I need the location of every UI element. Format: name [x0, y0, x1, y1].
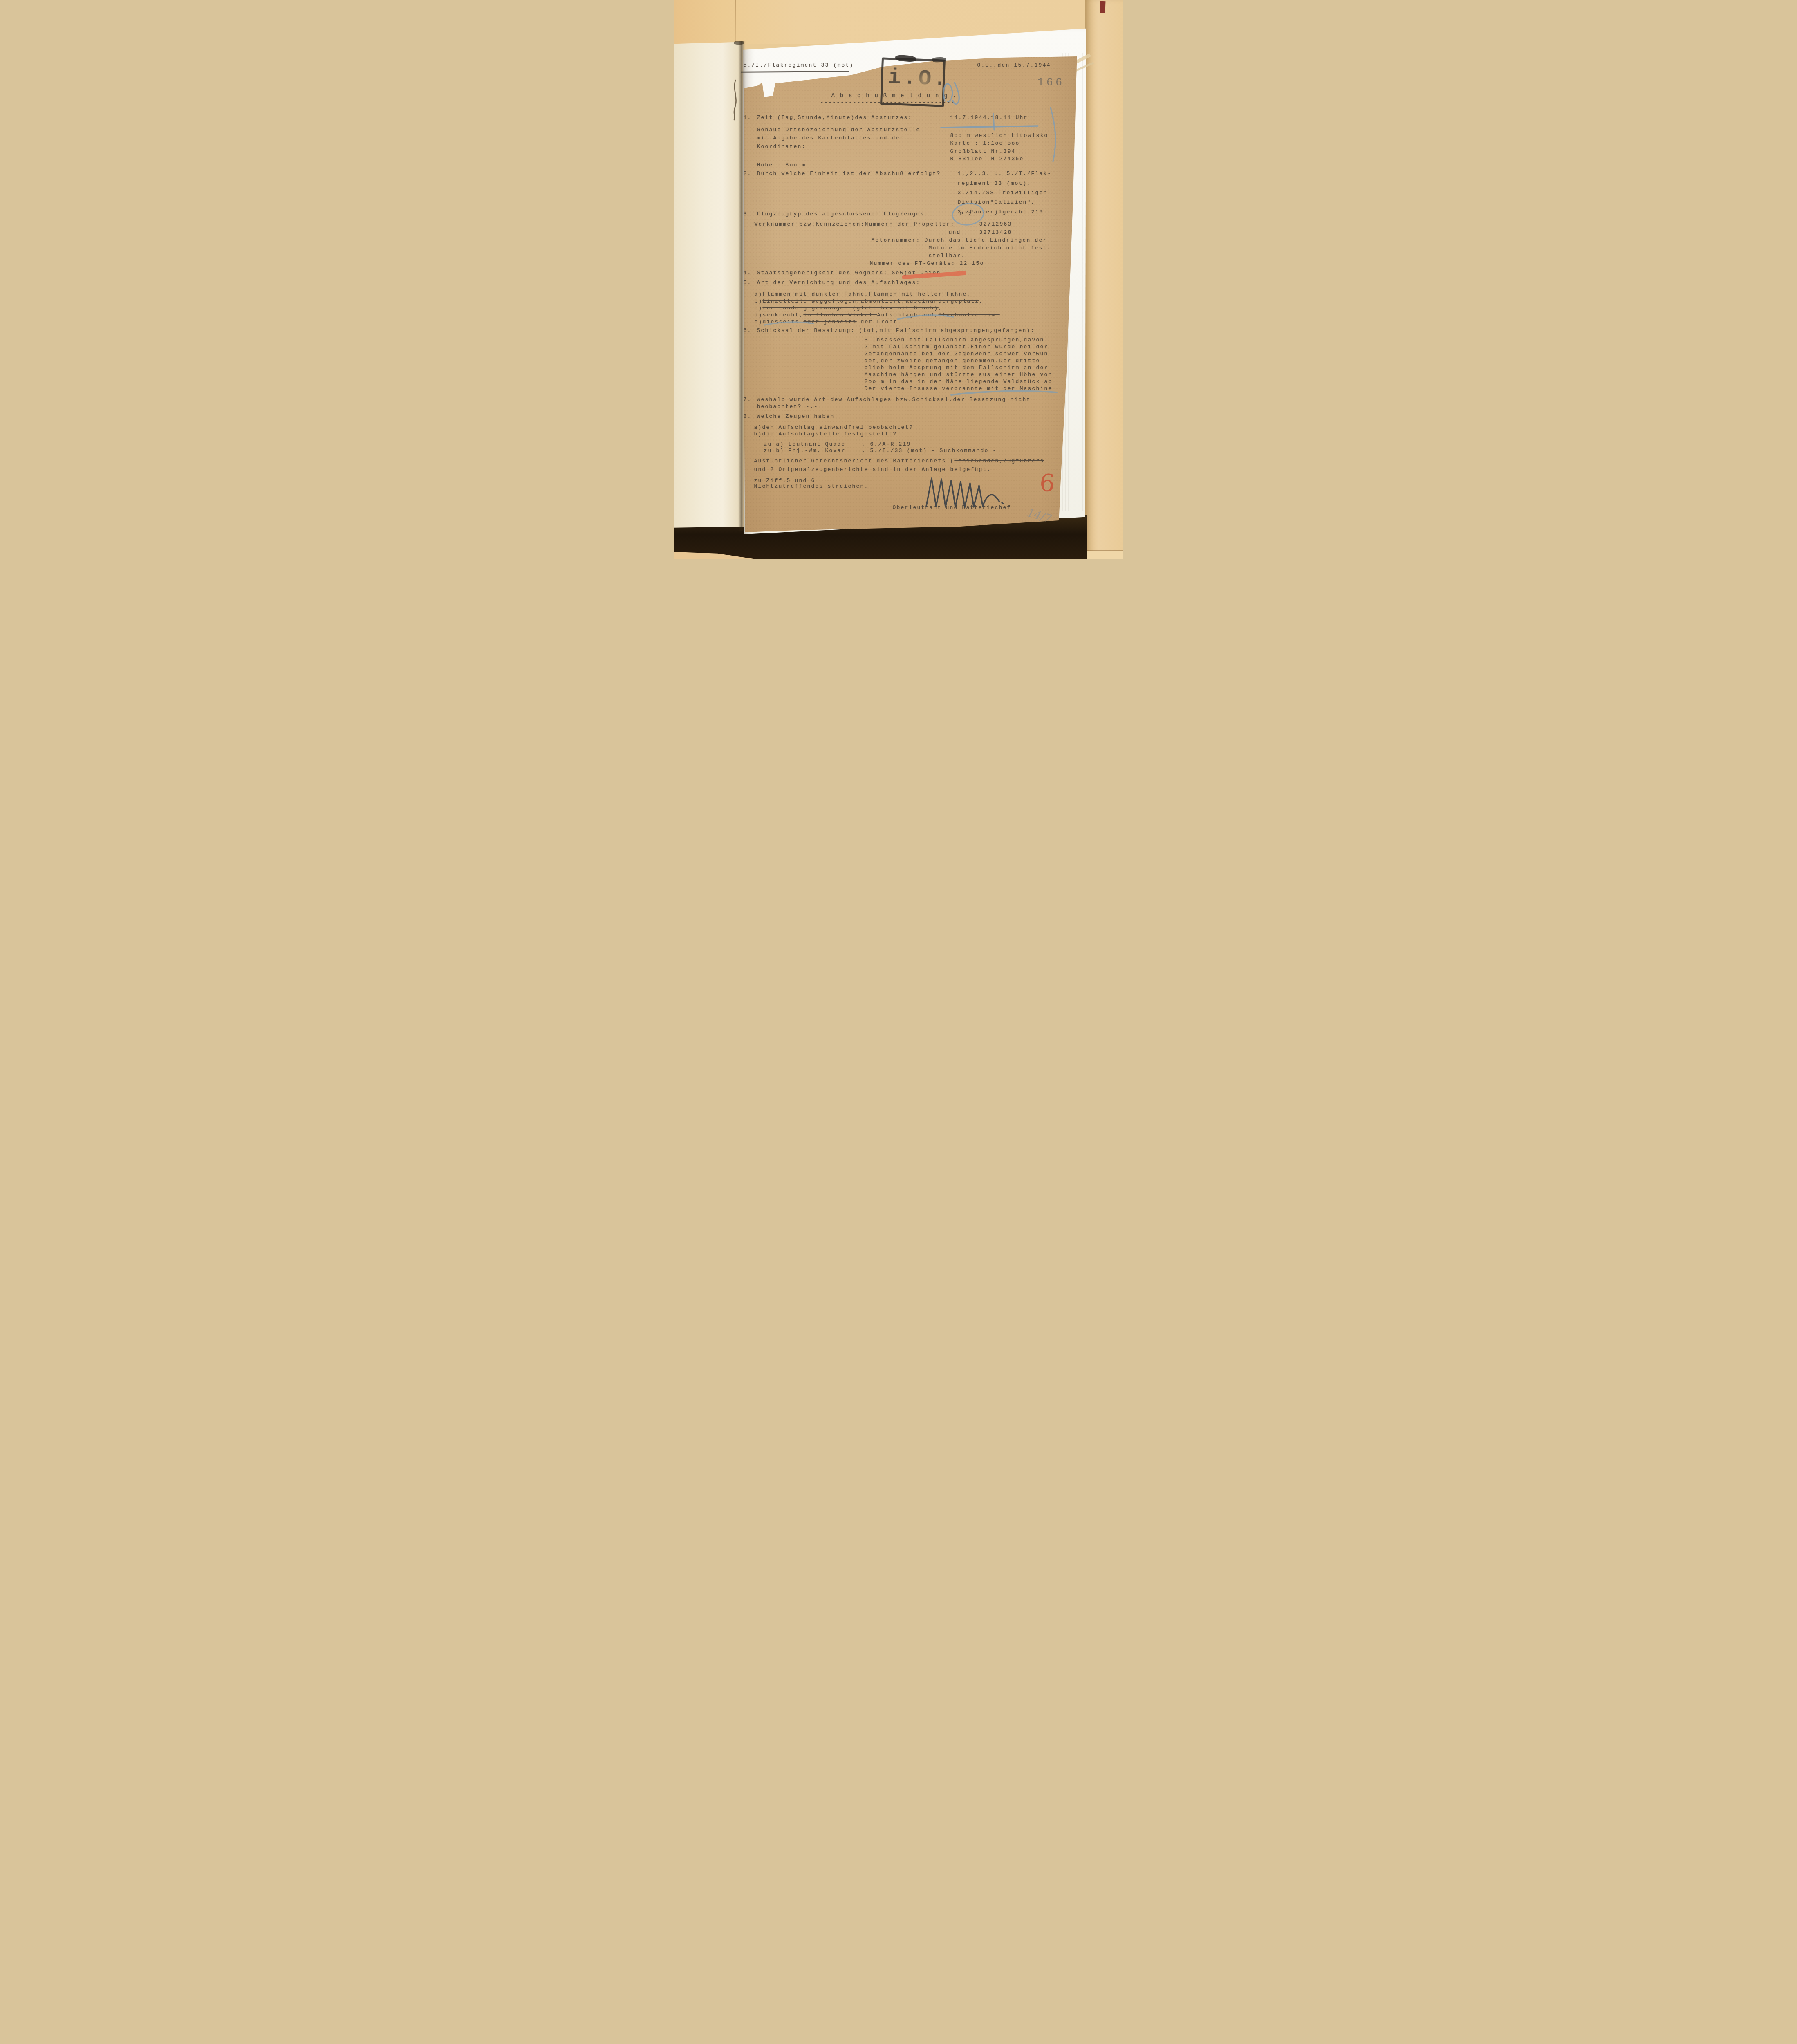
item2-answer-line1: 1.,2.,3. u. 5./I./Flak-: [958, 170, 1052, 177]
item8-sub-b: b)die Aufschlagstelle festgestellt?: [754, 431, 897, 437]
werknummer-label: Werknummer bzw.Kennzeichen:Nummern der P…: [755, 221, 955, 227]
item5-a-kept: Flammen mit heller Fahne,: [869, 291, 971, 297]
item1-answer-map-sheet: Großblatt Nr.394: [950, 148, 1016, 155]
motor-number-line1: Motornummer: Durch das tiefe Eindringen …: [872, 237, 1047, 243]
item6-line7: 2oo m in das in der Nähe liegende Waldst…: [865, 379, 1053, 385]
motor-number-line3: stellbar.: [929, 253, 966, 259]
item2-answer-line2: regiment 33 (mot),: [958, 180, 1031, 186]
io-approval-stamp: i.O.: [880, 57, 946, 107]
item6-line3: Gefangennahme bei der Gegenwehr schwer v…: [865, 351, 1053, 357]
item5-option-b: b)Einzelteile weggeflogen,abmontiert,aus…: [755, 298, 984, 304]
item7-number: 7.: [744, 397, 752, 403]
item3-number: 3.: [744, 211, 752, 217]
report-line1-normal: Ausführlicher Gefechtsbericht des Batter…: [754, 458, 955, 464]
item5-e-prefix: e): [755, 319, 763, 325]
item7-line1: Weshalb wurde Art dew Aufschlages bzw.Sc…: [757, 397, 1031, 403]
item5-c-kept: ,: [939, 305, 943, 311]
item3-question: Flugzeugtyp des abgeschossenen Flugzeuge…: [757, 211, 929, 217]
item6-line4: det,der zweite gefangen genommen.Der dri…: [865, 358, 1040, 364]
item5-d-struck2: Staubwolke usw.: [939, 312, 1000, 318]
item5-option-d: d)senkrecht,im flachen Winkel,Aufschlagb…: [755, 312, 1000, 318]
item5-option-c: c)zur Landung gezwungen (glatt bzw.mit B…: [755, 305, 943, 311]
item5-option-e: e)diesseits oder jenseits der Front.: [755, 319, 902, 325]
item5-a-prefix: a): [755, 291, 763, 297]
item5-e-struck: oder jenseits: [804, 319, 857, 325]
signature-caption: Oberleutnant und Batteriechef: [893, 504, 1011, 511]
item5-d-kept2: Aufschlagbrand,: [877, 312, 939, 318]
item5-b-prefix: b): [755, 298, 763, 304]
item5-e-kept2: der Front.: [857, 319, 902, 325]
item6-line5: blieb beim Absprung mit dem Fallschirm a…: [865, 365, 1049, 371]
ziffer-note-line2: Nichtzutreffendes streichen.: [754, 483, 869, 489]
unit-designation: 5./I./Flakregiment 33 (mot): [744, 62, 854, 68]
item6-line6: Maschine hängen und stürzte aus einer Hö…: [865, 372, 1053, 378]
item6-line2: 2 mit Fallschirm gelandet.Einer wurde be…: [865, 344, 1049, 350]
item1-number: 1.: [744, 114, 752, 121]
item1-question-line4: Koordinaten:: [757, 143, 806, 150]
propeller-number-2: 32713428: [979, 229, 1012, 235]
item5-b-struck: Einzelteile weggeflogen,abmontiert,ausei…: [763, 298, 979, 304]
item1-answer-time: 14.7.1944,18.11 Uhr: [950, 114, 1028, 121]
item2-number: 2.: [744, 170, 752, 177]
item5-d-struck1: im flachen Winkel,: [804, 312, 877, 318]
ziffer-note-line1: zu Ziff.5 und 6: [754, 477, 816, 484]
item8-sub-a: a)den Aufschlag einwandfrei beobachtet?: [754, 424, 914, 430]
item5-a-struck: Flammen mit dunkler Fahne,: [763, 291, 869, 297]
place-date: O.U.,den 15.7.1944: [977, 62, 1051, 68]
propeller-number-1: 32712963: [979, 221, 1012, 227]
item8-witness-b: zu b) Fhj.-Wm. Kovar , 5./I./33 (mot) - …: [764, 448, 997, 454]
item1-question-line2: Genaue Ortsbezeichnung der Absturzstelle: [757, 127, 921, 133]
item1-altitude: Höhe : 8oo m: [757, 162, 806, 168]
item8-number: 8.: [744, 413, 752, 419]
item5-d-kept1: senkrecht,: [763, 312, 804, 318]
item1-answer-coordinates: R 831loo H 27435o: [950, 156, 1024, 162]
item2-question: Durch welche Einheit ist der Abschuß erf…: [757, 170, 941, 177]
item5-e-kept1: diesseits: [763, 319, 804, 325]
item2-answer-line4: Division"Galizien",: [958, 199, 1035, 205]
ft-device-number: Nummer des FT-Geräts: 22 15o: [870, 260, 984, 267]
item1-question-line1: Zeit (Tag,Stunde,Minute)des Absturzes:: [757, 114, 912, 121]
item5-number: 5.: [744, 280, 752, 286]
cover-edge-foot: [1085, 551, 1123, 559]
item1-answer-location: 8oo m westlich Litowisko: [950, 132, 1049, 139]
report-line1: Ausführlicher Gefechtsbericht des Batter…: [754, 458, 1044, 464]
report-line1-struck: Schießenden,Zugführers: [955, 458, 1044, 464]
item6-number: 6.: [744, 327, 752, 334]
item1-question-line3: mit Angabe des Kartenblattes und der: [757, 135, 904, 141]
item6-line8: Der vierte Insasse verbrannte mit der Ma…: [865, 385, 1053, 392]
item5-c-prefix: c): [755, 305, 763, 311]
item5-b-kept: ,: [979, 298, 984, 304]
document-scan: 5./I./Flakregiment 33 (mot) O.U.,den 15.…: [674, 0, 1123, 559]
cover-crease: [735, 0, 736, 44]
item6-question: Schicksal der Besatzung: (tot,mit Fallsc…: [757, 327, 1035, 334]
item2-answer-line3: 3./14./SS-Freiwilligen-: [958, 190, 1052, 196]
item5-question: Art der Vernichtung und des Aufschlages:: [757, 280, 921, 286]
stamp-fade-patch: [914, 69, 934, 93]
motor-number-line2: Motore im Erdreich nicht fest-: [929, 245, 1051, 251]
item5-d-prefix: d): [755, 312, 763, 318]
report-line2: und 2 Origenalzeugenberichte sind in der…: [754, 466, 991, 473]
item7-line2: beobachtet? -.-: [757, 403, 818, 410]
item8-witness-a: zu a) Leutnant Quade , 6./A-R.219: [764, 441, 911, 447]
item8-question: Welche Zeugen haben: [757, 413, 835, 419]
propeller-und: und: [949, 229, 961, 235]
left-page-stack: [674, 41, 744, 530]
gutter-top-notch: [734, 41, 744, 45]
item1-answer-map-scale: Karte : 1:1oo ooo: [950, 140, 1020, 146]
item5-c-struck: zur Landung gezwungen (glatt bzw.mit Bru…: [763, 305, 939, 311]
item4-number: 4.: [744, 270, 752, 276]
book-cover-right-strip: [1085, 0, 1123, 559]
item5-option-a: a)Flammen mit dunkler Fahne,Flammen mit …: [755, 291, 971, 297]
item6-line1: 3 Insassen mit Fallschirm abgesprungen,d…: [865, 337, 1044, 343]
item3-answer-aircraft-type: P 2: [960, 211, 972, 217]
item4-question: Staatsangehörigkeit des Gegners: Sowjet-…: [757, 270, 941, 276]
archive-page-number: 166: [1037, 77, 1065, 89]
